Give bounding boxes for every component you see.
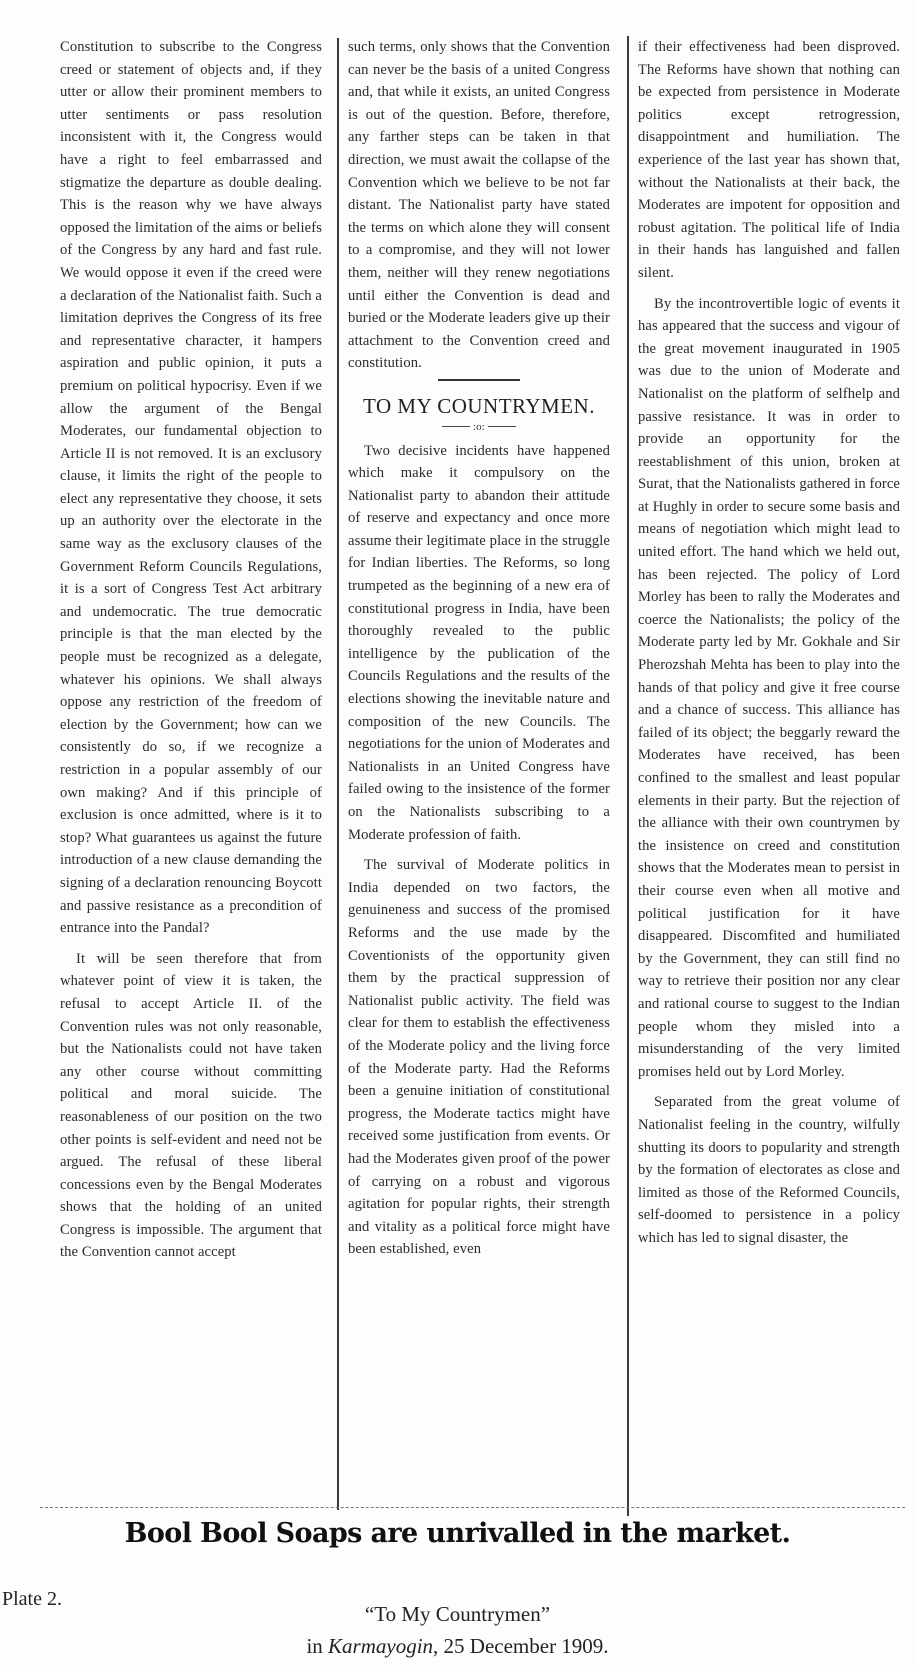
advertisement-banner: Bool Bool Soaps are unrivalled in the ma… [0, 1518, 915, 1549]
footer-rule [40, 1507, 905, 1509]
caption-source: in Karmayogin, 25 December 1909. [0, 1630, 915, 1662]
ornament-line-right [488, 426, 516, 427]
column-2-paragraph-2: Two decisive incidents have happened whi… [348, 440, 610, 847]
column-3-paragraph-2: By the incontrovertible logic of events … [638, 293, 900, 1084]
column-divider [337, 38, 339, 1510]
column-2-paragraph-3: The survival of Moderate politics in Ind… [348, 854, 610, 1261]
newspaper-plate: Constitution to subscribe to the Congres… [0, 0, 915, 1670]
caption-date: , 25 December 1909. [433, 1634, 609, 1658]
caption-publication: Karmayogin [328, 1634, 433, 1658]
column-1-paragraph-1: Constitution to subscribe to the Congres… [60, 36, 322, 940]
column-2: such terms, only shows that the Conventi… [348, 36, 610, 1261]
ornament-line-left [442, 426, 470, 427]
column-3-paragraph-3: Separated from the great volume of Natio… [638, 1091, 900, 1249]
headline-rule [438, 379, 520, 381]
article-headline: TO MY COUNTRYMEN. [348, 395, 610, 418]
article-columns: Constitution to subscribe to the Congres… [58, 36, 906, 1506]
column-3-paragraph-1: if their effectiveness had been disprove… [638, 36, 900, 285]
column-1: Constitution to subscribe to the Congres… [60, 36, 322, 1264]
column-2-paragraph-1: such terms, only shows that the Conventi… [348, 36, 610, 375]
column-1-paragraph-2: It will be seen therefore that from what… [60, 948, 322, 1264]
column-3: if their effectiveness had been disprove… [638, 36, 900, 1249]
caption-title: “To My Countrymen” [0, 1598, 915, 1630]
plate-caption: “To My Countrymen” in Karmayogin, 25 Dec… [0, 1598, 915, 1662]
headline-ornament: :o: [348, 420, 610, 434]
ornament-glyph: :o: [473, 421, 485, 433]
column-divider [627, 36, 629, 1516]
caption-prefix: in [306, 1634, 328, 1658]
